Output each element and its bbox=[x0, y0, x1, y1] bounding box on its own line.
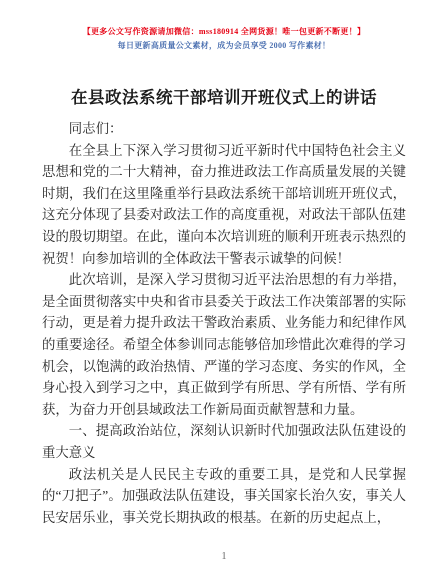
page-number: 1 bbox=[0, 551, 448, 562]
document-page: 【更多公文写作资源请加微信：mss180914 全网货源！唯一包更新不断更！】 … bbox=[0, 0, 448, 580]
watermark-header: 【更多公文写作资源请加微信：mss180914 全网货源！唯一包更新不断更！】 … bbox=[0, 0, 448, 52]
document-title: 在县政法系统干部培训开班仪式上的讲话 bbox=[30, 84, 418, 108]
paragraph-section-heading: 一、提高政治站位，深刻认识新时代加强政法队伍建设的重大意义 bbox=[42, 420, 406, 463]
document-body: 同志们： 在全县上下深入学习贯彻习近平新时代中国特色社会主义思想和党的二十大精神… bbox=[42, 118, 406, 528]
paragraph-training-purpose: 此次培训，是深入学习贯彻习近平法治思想的有力举措，是全面贯彻落实中央和省市县委关… bbox=[42, 269, 406, 420]
paragraph-salutation: 同志们： bbox=[42, 118, 406, 140]
paragraph-section-body: 政法机关是人民民主专政的重要工具，是党和人民掌握的“刀把子”。加强政法队伍建设，… bbox=[42, 464, 406, 529]
watermark-line-blue: 每日更新高质量公文素材，成为会员享受 2000 写作素材！ bbox=[0, 40, 448, 52]
watermark-line-red: 【更多公文写作资源请加微信：mss180914 全网货源！唯一包更新不断更！】 bbox=[0, 26, 448, 38]
paragraph-intro: 在全县上下深入学习贯彻习近平新时代中国特色社会主义思想和党的二十大精神，奋力推进… bbox=[42, 140, 406, 270]
